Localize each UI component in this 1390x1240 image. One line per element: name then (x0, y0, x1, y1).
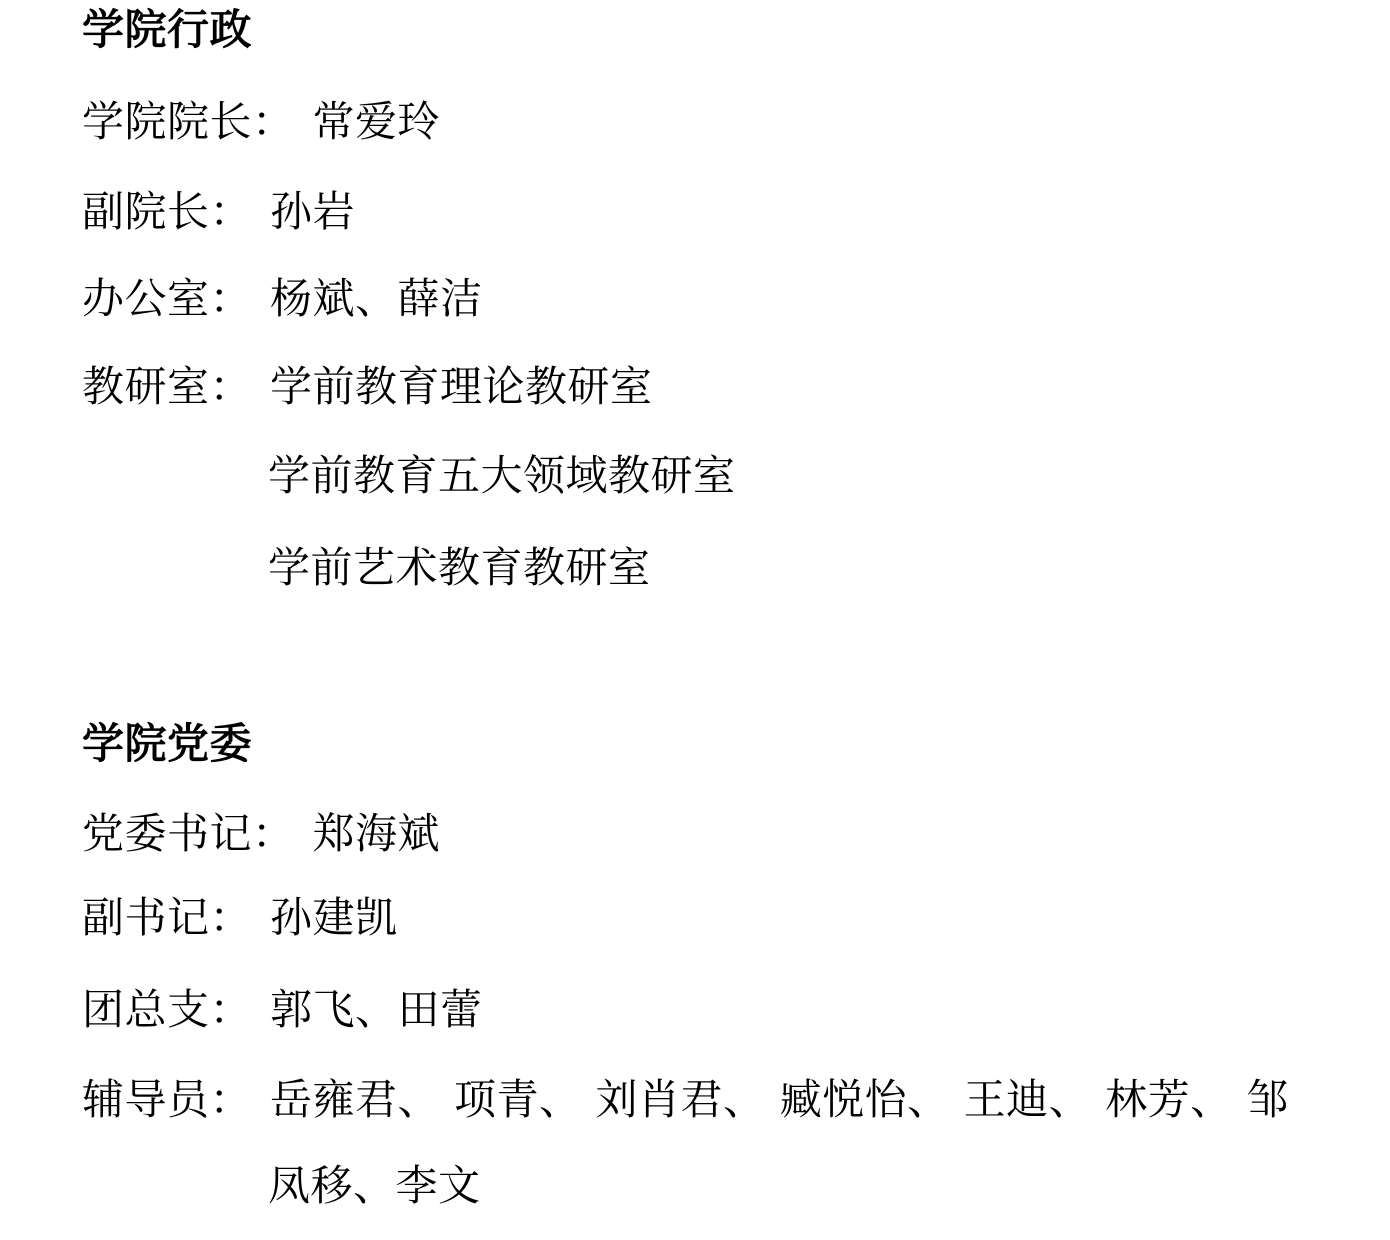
entry-dean-value: 常爱玲 (313, 100, 441, 146)
entry-counselors-value: 岳雍君、项青、刘肖君、臧悦怡、王迪、林芳、邹 (270, 1078, 1289, 1124)
entry-youth-league-label: 团总支： (82, 988, 252, 1034)
entry-teaching-research-offices: 教研室：学前教育理论教研室 (82, 367, 653, 409)
entry-office: 办公室：杨斌、薛洁 (82, 279, 483, 321)
entry-counselors: 辅导员：岳雍君、项青、刘肖君、臧悦怡、王迪、林芳、邹 (82, 1080, 1289, 1122)
entry-counselors-label: 辅导员： (82, 1078, 252, 1124)
continuation-counselors-2: 凤移、李文 (268, 1166, 481, 1208)
org-roster-document: 学院行政 学院院长：常爱玲 副院长：孙岩 办公室：杨斌、薛洁 教研室：学前教育理… (0, 0, 1390, 1240)
entry-party-secretary-value: 郑海斌 (313, 812, 441, 858)
entry-teaching-research-offices-value: 学前教育理论教研室 (270, 365, 653, 411)
entry-teaching-research-offices-label: 教研室： (82, 365, 252, 411)
entry-youth-league: 团总支：郭飞、田蕾 (82, 990, 483, 1032)
entry-youth-league-value: 郭飞、田蕾 (270, 988, 483, 1034)
continuation-teaching-research-office-3: 学前艺术教育教研室 (268, 548, 651, 590)
section-heading-administration: 学院行政 (82, 10, 252, 52)
entry-office-value: 杨斌、薛洁 (270, 277, 483, 323)
entry-vice-dean: 副院长：孙岩 (82, 192, 355, 234)
entry-office-label: 办公室： (82, 277, 252, 323)
entry-dean-label: 学院院长： (82, 100, 295, 146)
entry-vice-dean-label: 副院长： (82, 190, 252, 236)
entry-deputy-secretary-label: 副书记： (82, 896, 252, 942)
entry-deputy-secretary-value: 孙建凯 (270, 896, 398, 942)
entry-party-secretary: 党委书记：郑海斌 (82, 814, 440, 856)
entry-vice-dean-value: 孙岩 (270, 190, 355, 236)
entry-dean: 学院院长：常爱玲 (82, 102, 440, 144)
continuation-teaching-research-office-2: 学前教育五大领域教研室 (268, 456, 736, 498)
section-heading-party-committee: 学院党委 (82, 724, 252, 766)
entry-deputy-secretary: 副书记：孙建凯 (82, 898, 398, 940)
entry-party-secretary-label: 党委书记： (82, 812, 295, 858)
